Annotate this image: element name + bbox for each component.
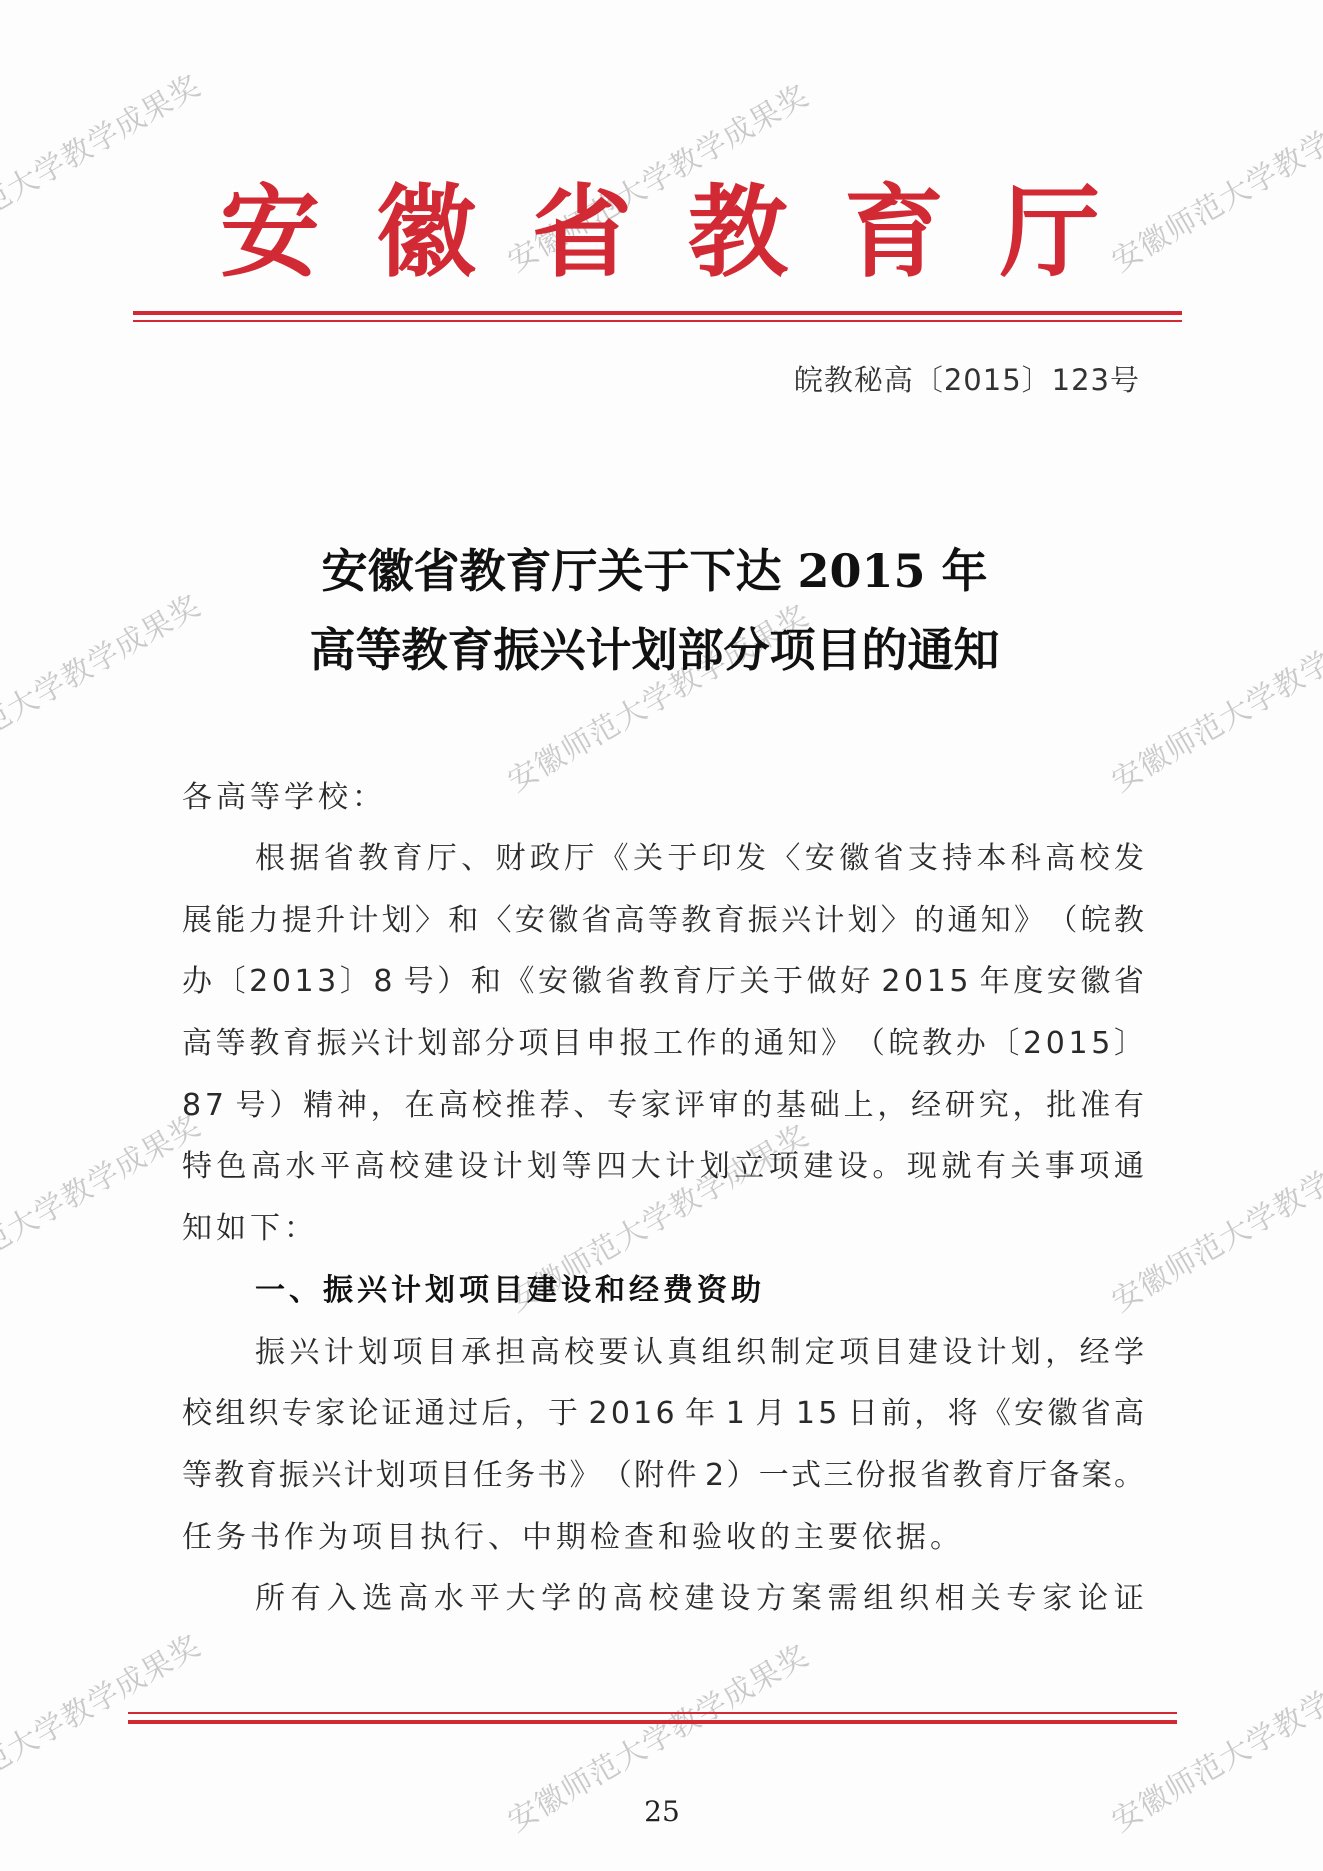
notice-title-line-2: 高等教育振兴计划部分项目的通知 bbox=[0, 622, 1323, 678]
body-line: 根据省教育厅、财政厅《关于印发〈安徽省支持本科高校发 bbox=[182, 828, 1144, 890]
watermark: 安徽师范大学教学成果奖 bbox=[0, 1622, 207, 1831]
watermark: 安徽师范大学教学成果奖 bbox=[1102, 1632, 1323, 1841]
salutation-text: 各高等学校： bbox=[182, 767, 1144, 829]
footer-rule-thin bbox=[128, 1712, 1177, 1714]
body-line: 知如下： bbox=[182, 1198, 1144, 1260]
body-text: 根据省教育厅、财政厅《关于印发〈安徽省支持本科高校发 展能力提升计划〉和〈安徽省… bbox=[182, 828, 1144, 1630]
document-page: 安徽师范大学教学成果奖 安徽师范大学教学成果奖 安徽师范大学教学成果奖 安徽师范… bbox=[0, 0, 1323, 1871]
notice-title-line-1: 安徽省教育厅关于下达 2015 年 bbox=[0, 543, 1323, 599]
letterhead-char: 徽 bbox=[376, 172, 476, 292]
body-line: 任务书作为项目执行、中期检查和验收的主要依据。 bbox=[182, 1507, 1144, 1569]
header-rule-thick bbox=[133, 311, 1182, 315]
footer-rule-thick bbox=[128, 1720, 1177, 1724]
body-line: 所有入选高水平大学的高校建设方案需组织相关专家论证 bbox=[182, 1568, 1144, 1630]
letterhead-char: 省 bbox=[532, 172, 632, 292]
letterhead-char: 育 bbox=[844, 172, 944, 292]
watermark: 安徽师范大学教学成果奖 bbox=[0, 62, 207, 271]
body-line: 振兴计划项目承担高校要认真组织制定项目建设计划，经学 bbox=[182, 1322, 1144, 1384]
watermark: 安徽师范大学教学成果奖 bbox=[0, 1102, 207, 1311]
page-number: 25 bbox=[640, 1795, 684, 1828]
body-line: 特色高水平高校建设计划等四大计划立项建设。现就有关事项通 bbox=[182, 1136, 1144, 1198]
letterhead: 安 徽 省 教 育 厅 bbox=[220, 172, 1100, 292]
header-rule-thin bbox=[133, 320, 1182, 322]
body-line: 展能力提升计划〉和〈安徽省高等教育振兴计划〉的通知》（皖教 bbox=[182, 890, 1144, 952]
watermark: 安徽师范大学教学成果奖 bbox=[0, 582, 207, 791]
body-line: 87 号）精神，在高校推荐、专家评审的基础上，经研究，批准有 bbox=[182, 1075, 1144, 1137]
body-line: 高等教育振兴计划部分项目申报工作的通知》（皖教办〔2015〕 bbox=[182, 1013, 1144, 1075]
salutation: 各高等学校： bbox=[182, 767, 1144, 829]
letterhead-char: 厅 bbox=[1000, 172, 1100, 292]
watermark: 安徽师范大学教学成果奖 bbox=[1102, 72, 1323, 281]
body-line: 校组织专家论证通过后，于 2016 年 1 月 15 日前，将《安徽省高 bbox=[182, 1383, 1144, 1445]
letterhead-char: 教 bbox=[688, 172, 788, 292]
section-heading: 一、振兴计划项目建设和经费资助 bbox=[182, 1260, 1144, 1322]
body-line: 办〔2013〕8 号）和《安徽省教育厅关于做好 2015 年度安徽省 bbox=[182, 951, 1144, 1013]
document-number: 皖教秘高〔2015〕123号 bbox=[794, 360, 1140, 400]
letterhead-char: 安 bbox=[220, 172, 320, 292]
body-line: 等教育振兴计划项目任务书》（附件 2）一式三份报省教育厅备案。 bbox=[182, 1445, 1144, 1507]
